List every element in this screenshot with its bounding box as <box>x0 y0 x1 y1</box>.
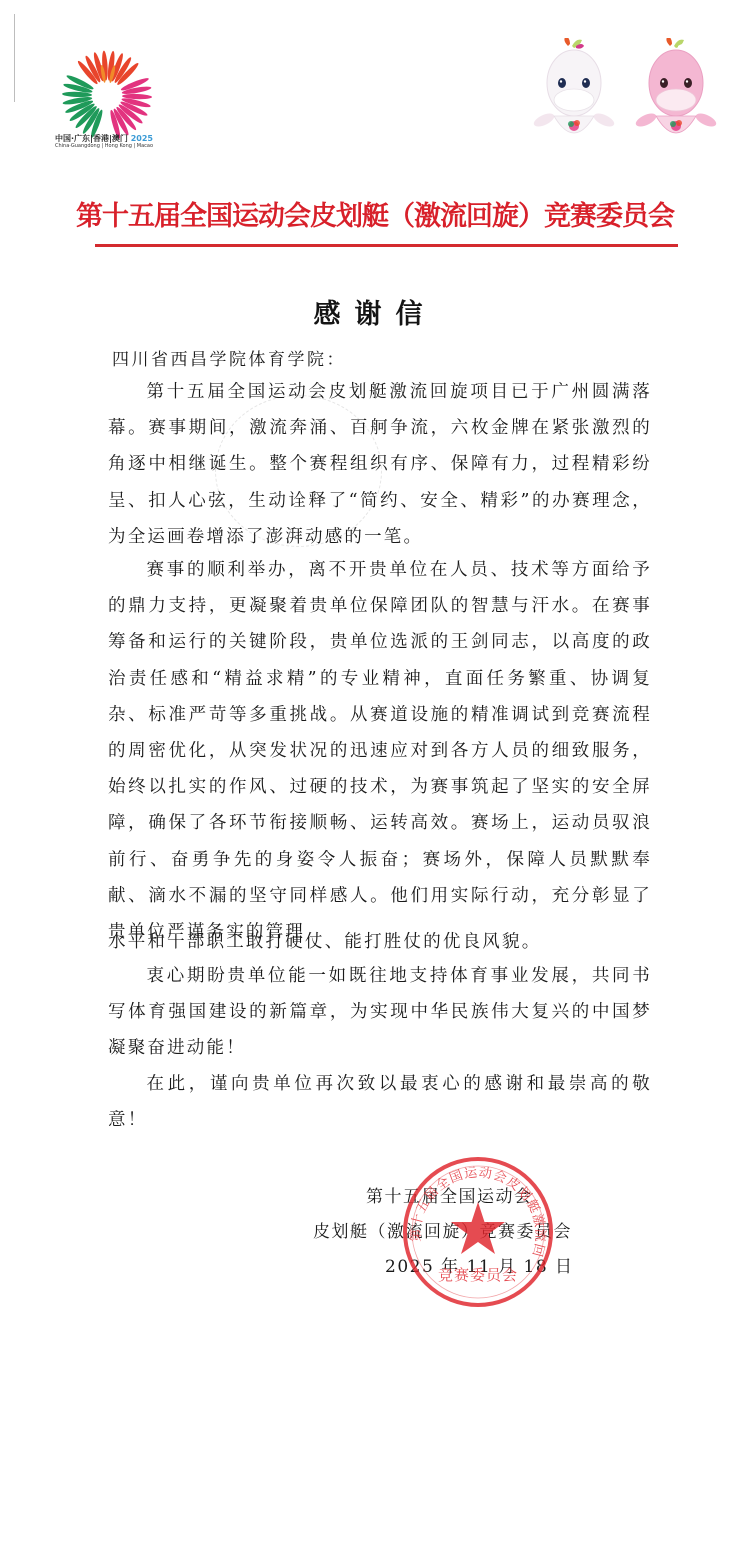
letterhead-divider <box>95 244 678 247</box>
logo-caption-year: 2025 <box>131 134 153 143</box>
body-paragraph-2: 赛事的顺利举办，离不开贵单位在人员、技术等方面给予的鼎力支持，更凝聚着贵单位保障… <box>108 552 652 950</box>
salutation: 四川省西昌学院体育学院： <box>112 345 346 370</box>
signature-organization-line1: 第十五届全国运动会 <box>366 1182 533 1207</box>
body-paragraph-3: 衷心期盼贵单位能一如既往地支持体育事业发展，共同书写体育强国建设的新篇章，为实现… <box>108 958 652 1067</box>
logo-caption-english: China·Guangdong | Hong Kong | Macao <box>55 143 153 149</box>
signature-date: 2025 年 11 月 18 日 <box>385 1252 574 1277</box>
body-paragraph-1: 第十五届全国运动会皮划艇激流回旋项目已于广州圆满落幕。赛事期间，激流奔涌、百舸争… <box>108 374 652 555</box>
scan-edge-line <box>14 14 15 102</box>
body-paragraph-2-continued: 水平和干部职工敢打硬仗、能打胜仗的优良风貌。 <box>108 924 652 960</box>
body-paragraph-4: 在此，谨向贵单位再次致以最衷心的感谢和最崇高的敬意！ <box>108 1066 652 1138</box>
signature-organization-line2: 皮划艇（激流回旋）竞赛委员会 <box>313 1217 572 1242</box>
committee-letterhead-title: 第十五届全国运动会皮划艇（激流回旋）竞赛委员会 <box>0 194 750 233</box>
mascot-illustration <box>532 38 717 146</box>
white-dolphin-mascot-icon <box>532 38 616 133</box>
pink-dolphin-mascot-icon <box>634 38 717 133</box>
document-title: 感谢信 <box>0 292 750 331</box>
